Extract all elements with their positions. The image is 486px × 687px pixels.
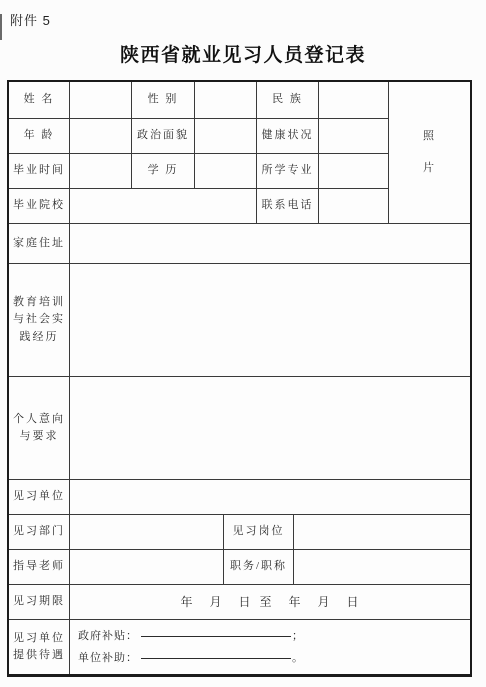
registration-form-page: 附件 5 陕西省就业见习人员登记表 照 片 姓 名 性 别 民 族 年 龄 政治… [0,0,486,687]
contact-phone-value-cell [319,189,389,224]
graduation-school-label: 毕业院校 [9,189,70,224]
ethnicity-value-cell [319,82,389,119]
internship-position-label: 见习岗位 [224,515,294,550]
duty-title-label: 职务/职称 [224,550,294,585]
graduation-school-value-cell [70,189,257,224]
internship-period-value-cell: 年 月 日 至 年 月 日 [70,585,470,620]
unit-subsidy-prefix: 单位补助： [78,652,138,664]
gov-subsidy-prefix: 政府补贴： [78,630,138,642]
gov-subsidy-blank-line [141,635,291,637]
internship-period-label: 见习期限 [9,585,70,620]
education-experience-value-cell [70,264,470,377]
internship-unit-label: 见习单位 [9,480,70,515]
gender-label: 性 别 [132,82,195,119]
education-value-cell [195,154,257,189]
unit-subsidy-blank-line [141,657,291,659]
age-label: 年 龄 [9,119,70,154]
contact-phone-label: 联系电话 [257,189,319,224]
form-title: 陕西省就业见习人员登记表 [0,40,486,67]
education-label: 学 历 [132,154,195,189]
internship-department-value-cell [70,515,224,550]
supervisor-value-cell [70,550,224,585]
ethnicity-label: 民 族 [257,82,319,119]
photo-cell: 照 片 [389,82,470,224]
graduation-time-value-cell [70,154,132,189]
major-value-cell [319,154,389,189]
political-status-label: 政治面貌 [132,119,195,154]
benefits-value-cell: 政府补贴：； 单位补助：。 [70,620,470,674]
internship-department-label: 见习部门 [9,515,70,550]
gov-subsidy-line: 政府补贴：； [78,625,304,647]
supervisor-label: 指导老师 [9,550,70,585]
gender-value-cell [195,82,257,119]
name-value-cell [70,82,132,119]
personal-intention-label: 个人意向 与要求 [9,377,70,480]
gov-subsidy-suffix: ； [292,630,304,642]
internship-position-value-cell [294,515,470,550]
personal-intention-value-cell [70,377,470,480]
major-label: 所学专业 [257,154,319,189]
unit-subsidy-line: 单位补助：。 [78,647,304,669]
home-address-value-cell [70,224,470,264]
health-label: 健康状况 [257,119,319,154]
unit-subsidy-suffix: 。 [292,652,304,664]
scan-artifact [0,14,2,40]
education-experience-label: 教育培训 与社会实 践经历 [9,264,70,377]
home-address-label: 家庭住址 [9,224,70,264]
internship-unit-value-cell [70,480,470,515]
attachment-label: 附件 5 [10,10,51,29]
age-value-cell [70,119,132,154]
graduation-time-label: 毕业时间 [9,154,70,189]
name-label: 姓 名 [9,82,70,119]
registration-form-table: 照 片 姓 名 性 别 民 族 年 龄 政治面貌 健康状况 毕业时间 学 历 所… [7,80,472,677]
health-value-cell [319,119,389,154]
duty-title-value-cell [294,550,470,585]
political-status-value-cell [195,119,257,154]
benefits-label: 见习单位 提供待遇 [9,620,70,674]
